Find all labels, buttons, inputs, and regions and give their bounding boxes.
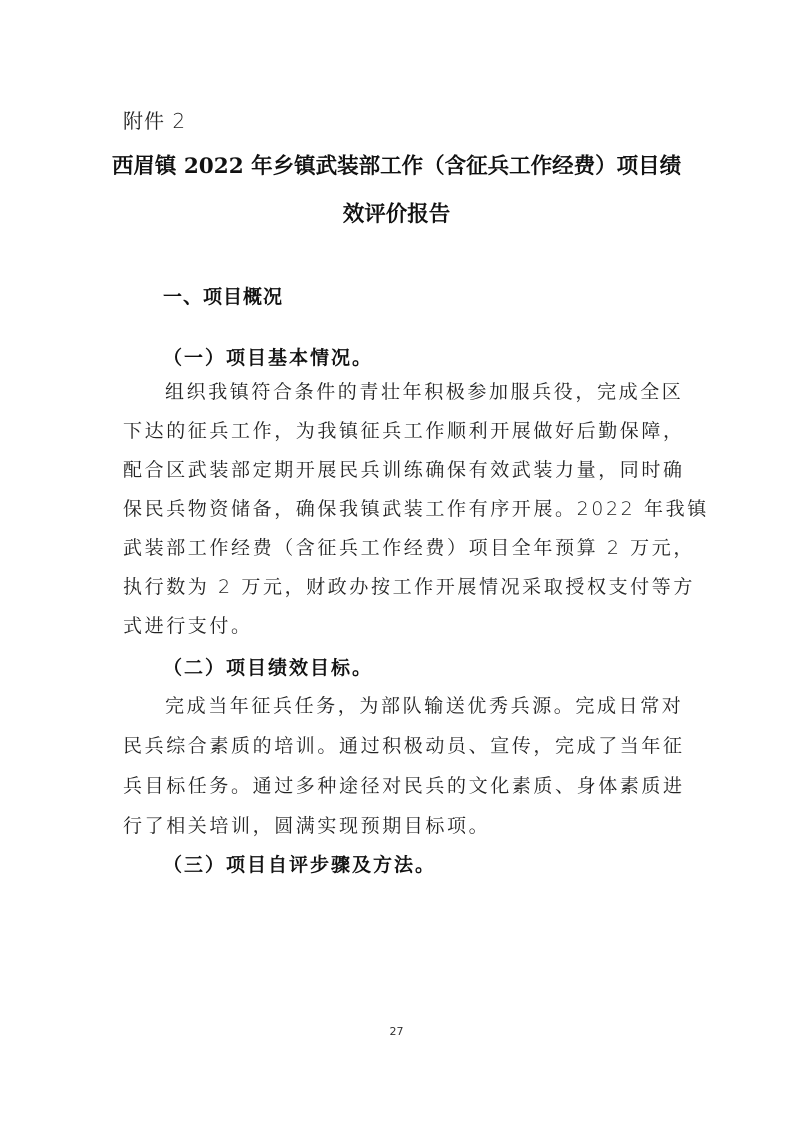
subsection-heading-performance-goals: （二）项目绩效目标。 — [163, 653, 373, 680]
paragraph-line: 式进行支付。 — [123, 607, 673, 646]
document-page: 附件 2 西眉镇 2022 年乡镇武装部工作（含征兵工作经费）项目绩 效评价报告… — [0, 0, 793, 1122]
paragraph-line: 兵目标任务。通过多种途径对民兵的文化素质、身体素质进 — [123, 766, 673, 806]
paragraph-line: 行了相关培训，圆满实现预期目标项。 — [123, 806, 673, 846]
paragraph-line: 武装部工作经费（含征兵工作经费）项目全年预算 2 万元， — [123, 529, 673, 568]
paragraph-line: 民兵综合素质的培训。通过积极动员、宣传，完成了当年征 — [123, 726, 673, 766]
title-line-2: 效评价报告 — [110, 191, 683, 239]
title-line-1: 西眉镇 2022 年乡镇武装部工作（含征兵工作经费）项目绩 — [110, 143, 683, 191]
page-number: 27 — [0, 1025, 793, 1038]
document-title: 西眉镇 2022 年乡镇武装部工作（含征兵工作经费）项目绩 效评价报告 — [110, 143, 683, 239]
paragraph-basic-info: 组织我镇符合条件的青壮年积极参加服兵役，完成全区 下达的征兵工作，为我镇征兵工作… — [123, 373, 673, 646]
paragraph-line: 组织我镇符合条件的青壮年积极参加服兵役，完成全区 — [123, 373, 673, 412]
paragraph-performance-goals: 完成当年征兵任务，为部队输送优秀兵源。完成日常对 民兵综合素质的培训。通过积极动… — [123, 686, 673, 846]
attachment-label: 附件 2 — [123, 105, 186, 134]
paragraph-line: 配合区武装部定期开展民兵训练确保有效武装力量，同时确 — [123, 451, 673, 490]
subsection-heading-self-evaluation: （三）项目自评步骤及方法。 — [163, 850, 436, 877]
paragraph-line: 下达的征兵工作，为我镇征兵工作顺利开展做好后勤保障， — [123, 412, 673, 451]
subsection-heading-basic-info: （一）项目基本情况。 — [163, 343, 373, 370]
paragraph-line: 完成当年征兵任务，为部队输送优秀兵源。完成日常对 — [123, 686, 673, 726]
paragraph-line: 执行数为 2 万元，财政办按工作开展情况采取授权支付等方 — [123, 568, 673, 607]
section-heading-overview: 一、项目概况 — [163, 282, 283, 309]
paragraph-line: 保民兵物资储备，确保我镇武装工作有序开展。2022 年我镇 — [123, 490, 673, 529]
